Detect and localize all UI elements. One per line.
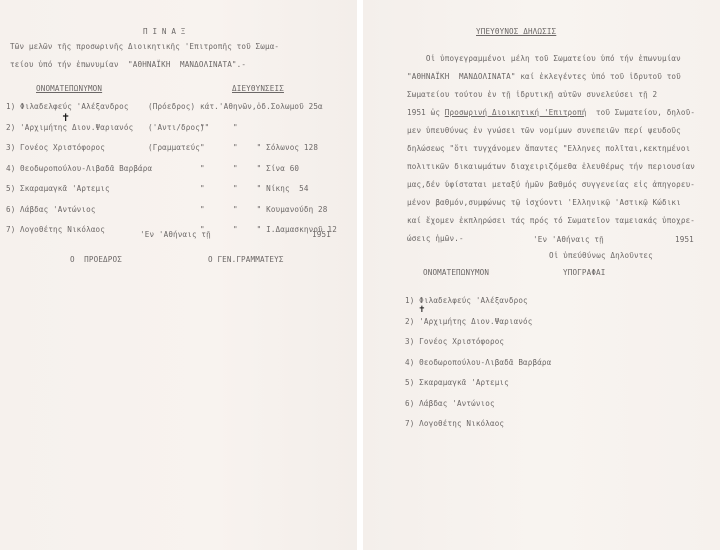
signatory-row: 3) Γονέος Χριστόφορος — [405, 337, 504, 346]
declaration-line: "ΑΘΗΝΑΪΚΗ ΜΑΝΔΟΛΙΝΑΤΑ" καί ἐκλεγέντες ὑπ… — [407, 72, 681, 81]
signatures-column-header: ΥΠΟΓΡΑΦΑΙ — [563, 268, 606, 277]
member-name: Λάβδας 'Αντώνιος — [20, 205, 96, 214]
declaration-line: μας,δέν ὑφίσταται μεταξύ ἡμῶν βαθμός συγ… — [407, 180, 695, 189]
member-address: " " " Νίκης 54 — [200, 184, 309, 193]
member-name: Λογοθέτης Νικόλαος — [20, 225, 105, 234]
year: 1951 — [675, 235, 694, 244]
declaration-line: πολιτικῶν δικαιωμάτων διαχειριζόμεθα ἐλε… — [407, 162, 695, 171]
signatory-row: 7) Λογοθέτης Νικόλαος — [405, 419, 504, 428]
intro-line-2: τείου ὑπό τήν ἐπωνυμίαν "ΑΘΗΝΑΪΚΗ ΜΑΝΔΟΛ… — [10, 60, 246, 69]
signatory-row: 6) Λάβδας 'Αντώνιος — [405, 399, 495, 408]
declaration-line: δηλώσεως "ὅτι τυγχάνομεν ἅπαντες "Ελληνε… — [407, 144, 690, 153]
declaration-line: μεν ὑπευθύνως ἐν γνώσει τῶν νομίμων συνε… — [407, 126, 681, 135]
member-number: 7) — [6, 225, 15, 234]
declaration-line: Οἱ ὑπογεγραμμένοι μέλη τοῦ Σωματείου ὑπό… — [407, 54, 681, 63]
declaration-line: μένον βαθμόν,συμφώνως τῷ ἰσχύοντι 'Ελλην… — [407, 198, 681, 207]
member-number: 3) — [6, 143, 15, 152]
year: 1951 — [312, 230, 331, 239]
member-role: (Γραμματεύς — [148, 143, 200, 152]
member-number: 2) — [6, 123, 15, 132]
declaration-line: 1951 ὡς Προσωρινή Διοικητική 'Επιτροπή τ… — [407, 108, 695, 117]
declarants-label: Οἱ ὑπεύθύνως Δηλοῦντες — [549, 251, 653, 260]
declaration-line: ώσεις ἡμῶν.- — [407, 234, 464, 243]
member-address: " " " Κουμανούδη 28 — [200, 205, 328, 214]
list-title: Π Ι Ν Α Ξ — [143, 27, 186, 36]
place-date: 'Εν 'Αθήναις τῇ — [533, 235, 604, 244]
ink-mark: ✝ — [419, 304, 425, 315]
names-column-header: ΟΝΟΜΑΤΕΠΩΝΥΜΟΝ — [423, 268, 489, 277]
member-name: Θεοδωροπούλου-Λιβαδᾶ Βαρβάρα — [20, 164, 152, 173]
names-column-header: ΟΝΟΜΑΤΕΠΩΝΥΜΟΝ — [36, 84, 102, 93]
member-name: Φιλαδελφεύς 'Αλέξανδρος — [20, 102, 129, 111]
secretary-signature-label: Ο ΓΕΝ.ΓΡΑΜΜΑΤΕΥΣ — [208, 255, 284, 264]
member-role: (Πρόεδρος) — [148, 102, 195, 111]
signatory-row: 2) 'Αρχιμήτης Διον.Ψαριανός — [405, 317, 533, 326]
member-number: 6) — [6, 205, 15, 214]
member-name: 'Αρχιμήτης Διον.Ψαριανός — [20, 123, 133, 132]
ink-mark: ✝ — [62, 110, 69, 124]
member-address: " " " Σόλωνος 128 — [200, 143, 318, 152]
left-page-member-list: Π Ι Ν Α Ξ Τῶν μελῶν τῆς προσωρινῆς Διοικ… — [0, 0, 357, 550]
member-name: Γονέος Χριστόφορος — [20, 143, 105, 152]
member-address: κάτ.'Αθηνῶν,ὁδ.Σολωμοῦ 25α — [200, 102, 323, 111]
addresses-column-header: ΔΙΕΥΘΥΝΣΕΙΣ — [232, 84, 284, 93]
signatory-row: 4) Θεοδωροπούλου-Λιβαδᾶ Βαρβάρα — [405, 358, 551, 367]
place-date: 'Εν 'Αθήναις τῇ — [140, 230, 211, 239]
signatory-row: 5) Σκαραμαγκᾶ 'Αρτεμις — [405, 378, 509, 387]
right-page-declaration: ΥΠΕΥΘΥΝΟΣ ΔΗΛΩΣΙΣ Οἱ ὑπογεγραμμένοι μέλη… — [363, 0, 720, 550]
declaration-title: ΥΠΕΥΘΥΝΟΣ ΔΗΛΩΣΙΣ — [476, 27, 556, 36]
member-number: 5) — [6, 184, 15, 193]
declaration-line: Σωματείου τούτου ἐν τῇ ἱδρυτικῇ αὐτῶν συ… — [407, 90, 657, 99]
member-address: " " — [200, 123, 238, 132]
declaration-line: καί ἔχομεν ἐκπληρώσει τάς πρός τό Σωματε… — [407, 216, 695, 225]
intro-line-1: Τῶν μελῶν τῆς προσωρινῆς Διοικητικῆς 'Επ… — [10, 42, 279, 51]
member-number: 4) — [6, 164, 15, 173]
member-number: 1) — [6, 102, 15, 111]
member-name: Σκαραμαγκᾶ 'Αρτεμις — [20, 184, 110, 193]
member-address: " " " Σίνα 60 — [200, 164, 299, 173]
president-signature-label: Ο ΠΡΟΕΔΡΟΣ — [70, 255, 122, 264]
